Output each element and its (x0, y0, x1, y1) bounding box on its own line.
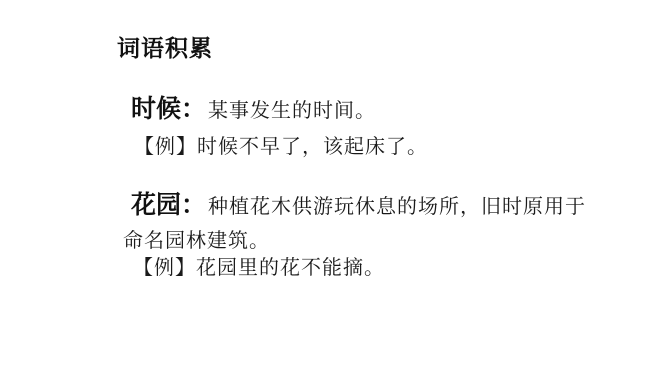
entry-huayuan-definition-continuation: 命名园林建筑。 (123, 230, 270, 253)
term-shihou: 时候 (131, 95, 181, 123)
definition-huayuan-line2: 命名园林建筑。 (123, 230, 270, 252)
example-label-shihou: 【例】 (134, 136, 197, 158)
definition-huayuan-line1: 种植花木供游玩休息的场所，旧时原用于 (208, 196, 586, 218)
example-text-huayuan: 花园里的花不能摘。 (196, 257, 385, 279)
definition-shihou: 某事发生的时间。 (208, 100, 376, 122)
term-huayuan-colon: ： (181, 191, 206, 219)
example-label-huayuan: 【例】 (133, 257, 196, 279)
entry-huayuan-definition-line: 花园：种植花木供游玩休息的场所，旧时原用于 (131, 191, 586, 220)
entry-huayuan-example-line: 【例】花园里的花不能摘。 (133, 257, 385, 280)
page-title: 词语积累 (117, 30, 213, 63)
term-shihou-colon: ： (181, 95, 206, 123)
term-huayuan: 花园 (131, 191, 181, 219)
vocab-slide: 词语积累 时候：某事发生的时间。 【例】时候不早了，该起床了。 花园：种植花木供… (0, 0, 668, 376)
entry-shihou-definition-line: 时候：某事发生的时间。 (131, 95, 376, 124)
example-text-shihou: 时候不早了，该起床了。 (197, 136, 428, 158)
entry-shihou-example-line: 【例】时候不早了，该起床了。 (134, 136, 428, 159)
